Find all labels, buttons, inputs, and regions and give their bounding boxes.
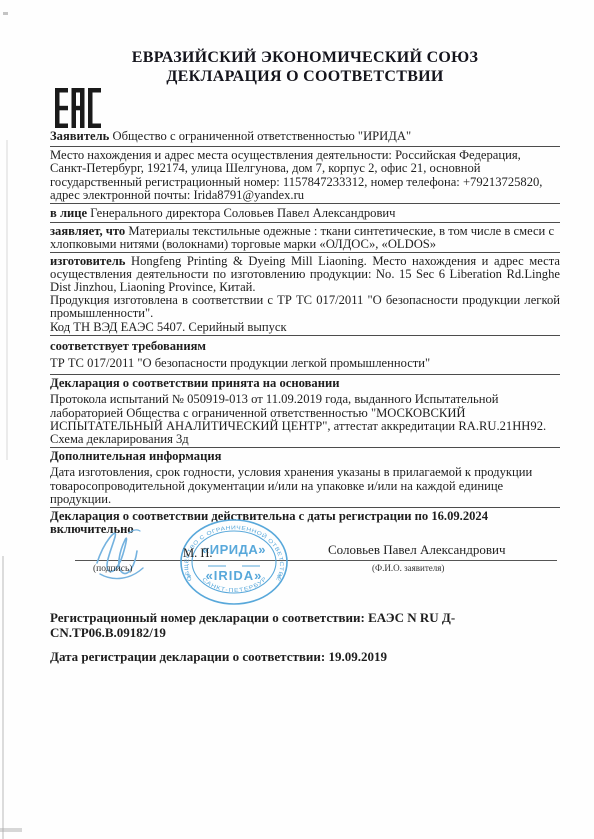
stamp-center-en: «IRIDA»	[206, 568, 263, 583]
manufacturer-line: изготовитель Hongfeng Printing & Dyeing …	[50, 253, 560, 295]
complies-heading: соответствует требованиям	[50, 336, 560, 353]
document-title: ЕВРАЗИЙСКИЙ ЭКОНОМИЧЕСКИЙ СОЮЗ ДЕКЛАРАЦИ…	[50, 48, 560, 86]
svg-text:✻: ✻	[187, 574, 191, 580]
signer-name-caption: (Ф.И.О. заявителя)	[372, 562, 444, 575]
signer-name: Соловьев Павел Александрович	[328, 543, 505, 556]
scheme-line: Схема декларирования 3д	[50, 433, 560, 447]
handwritten-signature	[85, 521, 163, 587]
registration-date-line: Дата регистрации декларации о соответств…	[50, 649, 560, 664]
registration-number-label: Регистрационный номер декларации о соотв…	[50, 610, 365, 625]
registration-number-line: Регистрационный номер декларации о соотв…	[50, 610, 560, 640]
declares-value: Материалы текстильные одежные : ткани си…	[50, 224, 554, 251]
signature-block: ОБЩЕСТВО С ОГРАНИЧЕННОЙ ОТВЕТСТВЕННОСТЬЮ…	[50, 536, 560, 598]
signature-caption: (подпись)	[93, 563, 132, 576]
made-per-line: Продукция изготовлена в соответствии с Т…	[50, 294, 560, 320]
complies-value: ТР ТС 017/2011 "О безопасности продукции…	[50, 353, 560, 374]
basis-value: Протокола испытаний № 050919-013 от 11.0…	[50, 390, 560, 433]
applicant-label: Заявитель	[50, 129, 109, 143]
additional-value: Дата изготовления, срок годности, услови…	[50, 463, 560, 507]
manufacturer-value: Hongfeng Printing & Dyeing Mill Liaoning…	[50, 254, 560, 294]
manufacturer-label: изготовитель	[50, 254, 125, 268]
tnved-line: Код ТН ВЭД ЕАЭС 5407. Серийный выпуск	[50, 321, 560, 335]
svg-text:✻: ✻	[277, 574, 281, 580]
address-line: Место нахождения и адрес места осуществл…	[50, 147, 560, 203]
basis-heading: Декларация о соответствии принята на осн…	[50, 375, 560, 390]
in-person-value: Генерального директора Соловьев Павел Ал…	[90, 206, 395, 220]
applicant-line: Заявитель Общество с ограниченной ответс…	[50, 130, 560, 146]
declares-line: заявляет, что Материалы текстильные одеж…	[50, 223, 560, 251]
in-person-line: в лице Генерального директора Соловьев П…	[50, 204, 560, 222]
registration-date-label: Дата регистрации декларации о соответств…	[50, 649, 325, 664]
in-person-label: в лице	[50, 206, 87, 220]
additional-heading: Дополнительная информация	[50, 448, 560, 463]
declaration-document: ЕВРАЗИЙСКИЙ ЭКОНОМИЧЕСКИЙ СОЮЗ ДЕКЛАРАЦИ…	[0, 0, 594, 839]
declares-label: заявляет, что	[50, 224, 125, 238]
scan-artifact	[0, 828, 22, 832]
title-line-union: ЕВРАЗИЙСКИЙ ЭКОНОМИЧЕСКИЙ СОЮЗ	[50, 48, 560, 67]
registration-date-value: 19.09.2019	[328, 649, 387, 664]
title-line-declaration: ДЕКЛАРАЦИЯ О СООТВЕТСТВИИ	[50, 67, 560, 86]
stamp-place-label: М. П.	[183, 547, 213, 560]
company-stamp: ОБЩЕСТВО С ОГРАНИЧЕННОЙ ОТВЕТСТВЕННОСТЬЮ…	[178, 518, 290, 606]
applicant-value: Общество с ограниченной ответственностью…	[112, 129, 411, 143]
